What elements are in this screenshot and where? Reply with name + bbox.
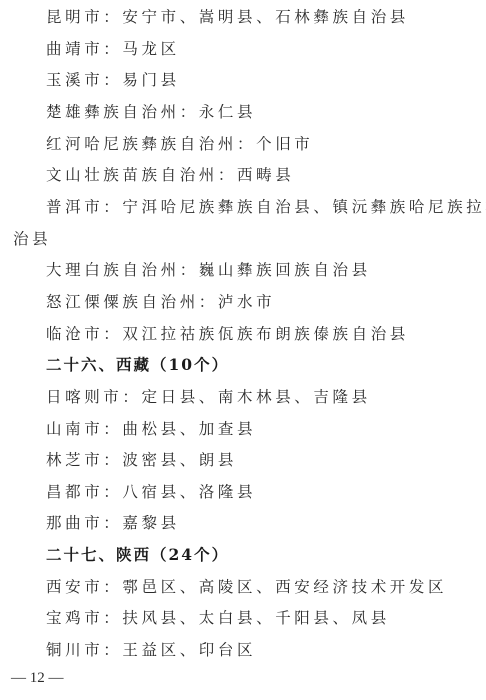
list-item-rikaze: 日喀则市：定日县、南木林县、吉隆县 <box>46 386 371 408</box>
list-item-puer-continuation: 治县 <box>13 228 51 250</box>
list-item-puer: 普洱市：宁洱哈尼族彝族自治县、镇沅彝族哈尼族拉祜族自 <box>46 196 486 218</box>
list-item-nujiang: 怒江傈僳族自治州：泸水市 <box>46 291 275 313</box>
list-item-baoji: 宝鸡市：扶风县、太白县、千阳县、凤县 <box>46 607 390 629</box>
list-item-naqu: 那曲市：嘉黎县 <box>46 512 180 534</box>
list-item-yuxi: 玉溪市：易门县 <box>46 69 180 91</box>
section-heading-shaanxi: 二十七、陕西（24个） <box>46 544 229 566</box>
section-heading-xizang: 二十六、西藏（10个） <box>46 354 229 376</box>
document-page: 昆明市：安宁市、嵩明县、石林彝族自治县 曲靖市：马龙区 玉溪市：易门县 楚雄彝族… <box>0 0 486 700</box>
list-item-tongchuan: 铜川市：王益区、印台区 <box>46 639 256 661</box>
list-item-lincang: 临沧市：双江拉祜族佤族布朗族傣族自治县 <box>46 323 409 345</box>
list-item-changdu: 昌都市：八宿县、洛隆县 <box>46 481 256 503</box>
list-item-chuxiong: 楚雄彝族自治州：永仁县 <box>46 101 256 123</box>
list-item-kunming: 昆明市：安宁市、嵩明县、石林彝族自治县 <box>46 6 409 28</box>
list-item-dali: 大理白族自治州：巍山彝族回族自治县 <box>46 259 371 281</box>
page-number: — 12 — <box>11 670 64 687</box>
list-item-wenshan: 文山壮族苗族自治州：西畴县 <box>46 164 294 186</box>
list-item-honghe: 红河哈尼族彝族自治州：个旧市 <box>46 133 313 155</box>
list-item-qujing: 曲靖市：马龙区 <box>46 38 180 60</box>
list-item-linzhi: 林芝市：波密县、朗县 <box>46 449 237 471</box>
list-item-xian: 西安市：鄠邑区、高陵区、西安经济技术开发区 <box>46 576 447 598</box>
list-item-shannan: 山南市：曲松县、加查县 <box>46 418 256 440</box>
